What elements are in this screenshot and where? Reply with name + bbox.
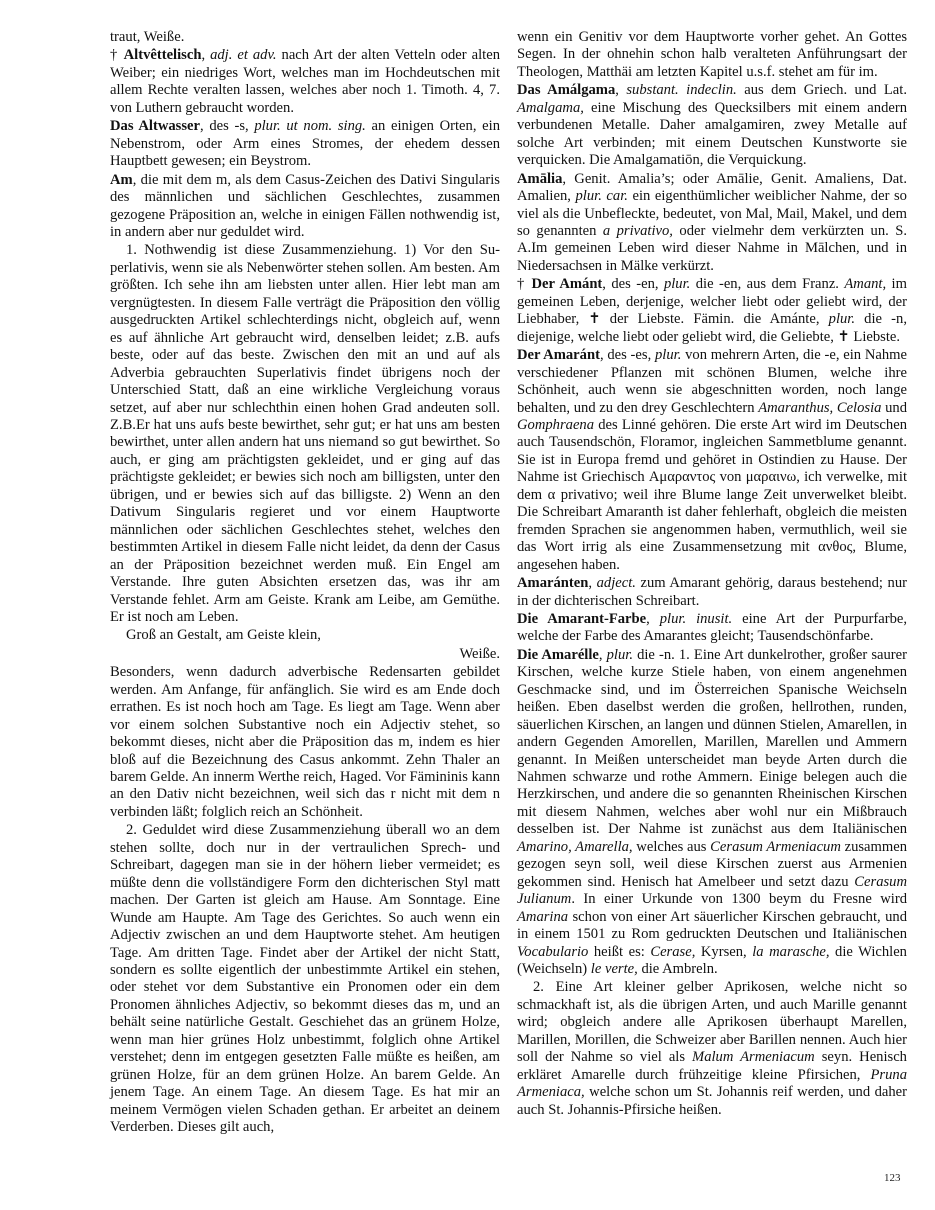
italic-text: Amant,	[844, 276, 886, 292]
left-column: traut, Weiße.† Altvêttelisch, adj. et ad…	[110, 29, 500, 1138]
entry-text: des Linné gehören. Die erste Art wird im…	[517, 417, 907, 573]
italic-text: Gomphraena	[517, 417, 594, 433]
italic-text: Vocabulario	[517, 944, 588, 960]
entry-text: ,	[599, 647, 607, 663]
entry-text: traut, Weiße.	[110, 29, 184, 45]
entry-text: †	[517, 276, 531, 292]
entry-text: ,	[201, 47, 210, 63]
dictionary-entry: Die Amarant-Farbe, plur. inusit. eine Ar…	[517, 611, 907, 646]
entry-text: 2. Geduldet wird diese Zusammenziehung ü…	[110, 822, 500, 1135]
dictionary-entry: Am, die mit dem m, als dem Casus-Zeichen…	[110, 172, 500, 242]
dictionary-entry: traut, Weiße.	[110, 29, 500, 46]
entry-text: die Ambreln.	[638, 961, 718, 977]
entry-text: die -n. 1. Eine Art dunkelrother, großer…	[517, 647, 907, 838]
dictionary-entry: Das Altwasser, des -s, plur. ut nom. sin…	[110, 118, 500, 170]
headword: Amaránten	[517, 575, 588, 591]
entry-text: ,	[615, 82, 626, 98]
entry-text: wenn ein Genitiv vor dem Hauptworte vorh…	[517, 29, 907, 80]
italic-text: Amarina	[517, 909, 568, 925]
entry-text: schon von einer Art säuerlicher Kirschen…	[517, 909, 907, 942]
entry-text: , des -en,	[602, 276, 664, 292]
headword: Die Amarant-Farbe	[517, 611, 646, 627]
entry-text: Kyrsen,	[695, 944, 752, 960]
italic-text: a privativo,	[603, 223, 673, 239]
dictionary-entry: wenn ein Genitiv vor dem Hauptworte vorh…	[517, 29, 907, 81]
entry-text: Weiße.	[459, 646, 500, 662]
dictionary-entry: † Altvêttelisch, adj. et adv. nach Art d…	[110, 47, 500, 117]
entry-text: 1. Nothwendig ist diese Zusammenziehung.…	[110, 242, 500, 625]
entry-text: . In einer Urkunde von 1300 beym du Fres…	[571, 891, 907, 907]
dictionary-entry: Amālia, Genit. Amalia’s; oder Amālie, Ge…	[517, 171, 907, 276]
headword: Der Amaránt	[517, 347, 600, 363]
entry-text: ,	[588, 575, 596, 591]
italic-text: Cerasum Armeniacum	[710, 839, 841, 855]
entry-text: ,	[646, 611, 660, 627]
dictionary-entry: Amaránten, adject. zum Amarant gehörig, …	[517, 575, 907, 610]
italic-text: Amarino, Amarella,	[517, 839, 633, 855]
headword: Die Amarélle	[517, 647, 599, 663]
dictionary-entry: 2. Eine Art kleiner gelber Aprikosen, we…	[517, 979, 907, 1119]
entry-text: , des -s,	[200, 118, 254, 134]
italic-text: substant. indeclin.	[626, 82, 736, 98]
entry-text: welches aus	[633, 839, 711, 855]
entry-text: die -en, aus dem Franz.	[690, 276, 844, 292]
italic-text: plur. inusit.	[660, 611, 732, 627]
italic-text: plur.	[655, 347, 681, 363]
italic-text: plur.	[829, 311, 855, 327]
headword: Am	[110, 172, 133, 188]
headword: Der Amánt	[531, 276, 602, 292]
italic-text: Amalgama,	[517, 100, 584, 116]
entry-text: †	[110, 47, 124, 63]
italic-text: Malum Armeniacum	[692, 1049, 815, 1065]
dictionary-page: traut, Weiße.† Altvêttelisch, adj. et ad…	[0, 0, 935, 1210]
italic-text: plur.	[664, 276, 690, 292]
dictionary-entry: Groß an Gestalt, am Geiste klein,	[110, 627, 500, 644]
italic-text: adj. et adv.	[210, 47, 276, 63]
right-column: wenn ein Genitiv vor dem Hauptworte vorh…	[517, 29, 907, 1120]
dictionary-entry: † Der Amánt, des -en, plur. die -en, aus…	[517, 276, 907, 346]
headword: Das Amálgama	[517, 82, 615, 98]
dictionary-entry: 2. Geduldet wird diese Zusammenziehung ü…	[110, 822, 500, 1136]
headword: Amālia	[517, 171, 562, 187]
italic-text: Amaranthus, Celosia	[758, 400, 881, 416]
entry-text: heißt es:	[588, 944, 650, 960]
dictionary-entry: Besonders, wenn dadurch adverbische Rede…	[110, 664, 500, 821]
italic-text: la marasche,	[752, 944, 829, 960]
italic-text: plur. ut nom. sing.	[254, 118, 366, 134]
italic-text: plur.	[607, 647, 633, 663]
entry-text: , die mit dem m, als dem Casus-Zeichen d…	[110, 172, 500, 240]
dictionary-entry: Die Amarélle, plur. die -n. 1. Eine Art …	[517, 647, 907, 979]
dictionary-entry: Weiße.	[110, 646, 500, 663]
italic-text: Cerase,	[650, 944, 695, 960]
headword: Altvêttelisch	[124, 47, 202, 63]
entry-text: Groß an Gestalt, am Geiste klein,	[126, 627, 321, 643]
entry-text: und	[881, 400, 907, 416]
entry-text: Besonders, wenn dadurch adverbische Rede…	[110, 664, 500, 820]
entry-text: , des -es,	[600, 347, 655, 363]
page-number: 123	[884, 1172, 901, 1184]
dictionary-entry: Das Amálgama, substant. indeclin. aus de…	[517, 82, 907, 169]
dictionary-entry: Der Amaránt, des -es, plur. von mehrern …	[517, 347, 907, 574]
entry-text: aus dem Griech. und Lat.	[737, 82, 907, 98]
italic-text: le verte,	[591, 961, 638, 977]
headword: Das Altwasser	[110, 118, 200, 134]
italic-text: adject.	[597, 575, 636, 591]
dictionary-entry: 1. Nothwendig ist diese Zusammenziehung.…	[110, 242, 500, 626]
italic-text: plur. car.	[575, 188, 627, 204]
